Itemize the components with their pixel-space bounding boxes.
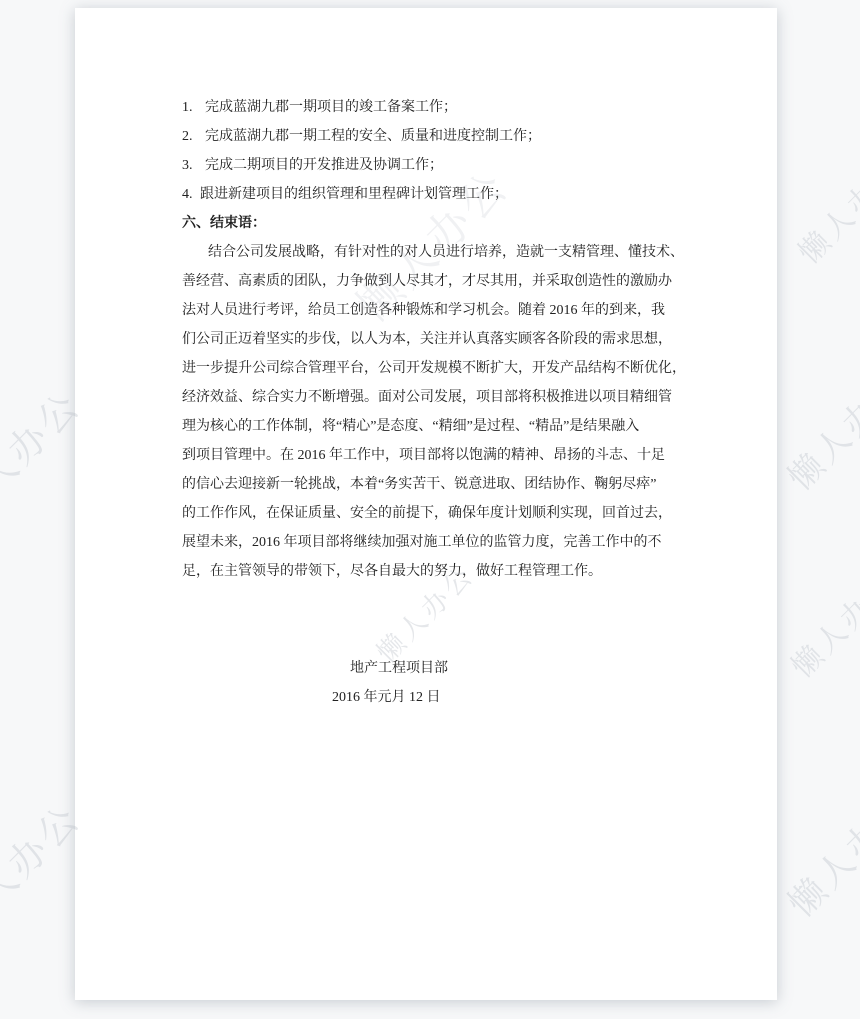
list-item-number: 1. [182, 93, 205, 122]
paragraph-line: 展望未来，2016 年项目部将继续加强对施工单位的监管力度，完善工作中的不 [182, 528, 680, 557]
paragraph-line: 的信心去迎接新一轮挑战，本着“务实苦干、锐意进取、团结协作、鞠躬尽瘁” [182, 470, 680, 499]
watermark-text: 懒人办公 [775, 777, 860, 926]
watermark-text: 懒人办公 [775, 357, 860, 499]
list-item-text: 完成二期项目的开发推进及协调工作； [205, 158, 443, 173]
paragraph-line: 足，在主管领导的带领下，尽各自最大的努力，做好工程管理工作。 [182, 557, 680, 586]
paragraph-line: 善经营、高素质的团队，力争做到人尽其才，才尽其用，并采取创造性的激励办 [182, 267, 680, 296]
list-item: 2.完成蓝湖九郡一期工程的安全、质量和进度控制工作； [182, 122, 680, 151]
paragraph-line: 经济效益、综合实力不断增强。面对公司发展，项目部将积极推进以项目精细管 [182, 383, 680, 412]
watermark-text: 懒人办公 [786, 144, 860, 271]
list-item: 4.跟进新建项目的组织管理和里程碑计划管理工作； [182, 180, 680, 209]
paragraph-line: 们公司正迈着坚实的步伐，以人为本，关注并认真落实顾客各阶段的需求思想， [182, 325, 680, 354]
paragraph-line: 的工作作风，在保证质量、安全的前提下，确保年度计划顺利实现，回首过去， [182, 499, 680, 528]
list-item-number: 4. [182, 180, 200, 209]
document-content: 1.完成蓝湖九郡一期项目的竣工备案工作； 2.完成蓝湖九郡一期工程的安全、质量和… [75, 8, 777, 712]
paragraph-line: 理为核心的工作体制，将“精心”是态度、“精细”是过程、“精品”是结果融入 [182, 412, 680, 441]
list-item-text: 跟进新建项目的组织管理和里程碑计划管理工作； [200, 187, 508, 202]
list-item: 1.完成蓝湖九郡一期项目的竣工备案工作； [182, 93, 680, 122]
signature-department: 地产工程项目部 [350, 654, 680, 683]
paragraph-line: 法对人员进行考评，给员工创造各种锻炼和学习机会。随着 2016 年的到来，我 [182, 296, 680, 325]
document-page: 1.完成蓝湖九郡一期项目的竣工备案工作； 2.完成蓝湖九郡一期工程的安全、质量和… [75, 8, 777, 1000]
paragraph-line: 进一步提升公司综合管理平台，公司开发规模不断扩大，开发产品结构不断优化， [182, 354, 680, 383]
list-item-number: 2. [182, 122, 205, 151]
section-heading: 六、结束语： [182, 209, 680, 238]
desktop-background: 懒人办公 懒人办公 懒人办公 懒人办公 懒人办公 懒人办公 懒人办公 懒人办公 … [0, 0, 860, 1019]
conclusion-paragraph: 结合公司发展战略，有针对性的对人员进行培养，造就一支精管理、懂技术、 善经营、高… [182, 238, 680, 586]
list-item-number: 3. [182, 151, 205, 180]
numbered-list: 1.完成蓝湖九郡一期项目的竣工备案工作； 2.完成蓝湖九郡一期工程的安全、质量和… [182, 93, 680, 209]
signature-date: 2016 年元月 12 日 [332, 683, 680, 712]
list-item-text: 完成蓝湖九郡一期工程的安全、质量和进度控制工作； [205, 129, 541, 144]
watermark-text: 懒人办公 [779, 558, 860, 685]
list-item-text: 完成蓝湖九郡一期项目的竣工备案工作； [205, 100, 457, 115]
paragraph-line: 结合公司发展战略，有针对性的对人员进行培养，造就一支精管理、懂技术、 [182, 238, 680, 267]
paragraph-line: 到项目管理中。在 2016 年工作中，项目部将以饱满的精神、昂扬的斗志、十足 [182, 441, 680, 470]
list-item: 3.完成二期项目的开发推进及协调工作； [182, 151, 680, 180]
